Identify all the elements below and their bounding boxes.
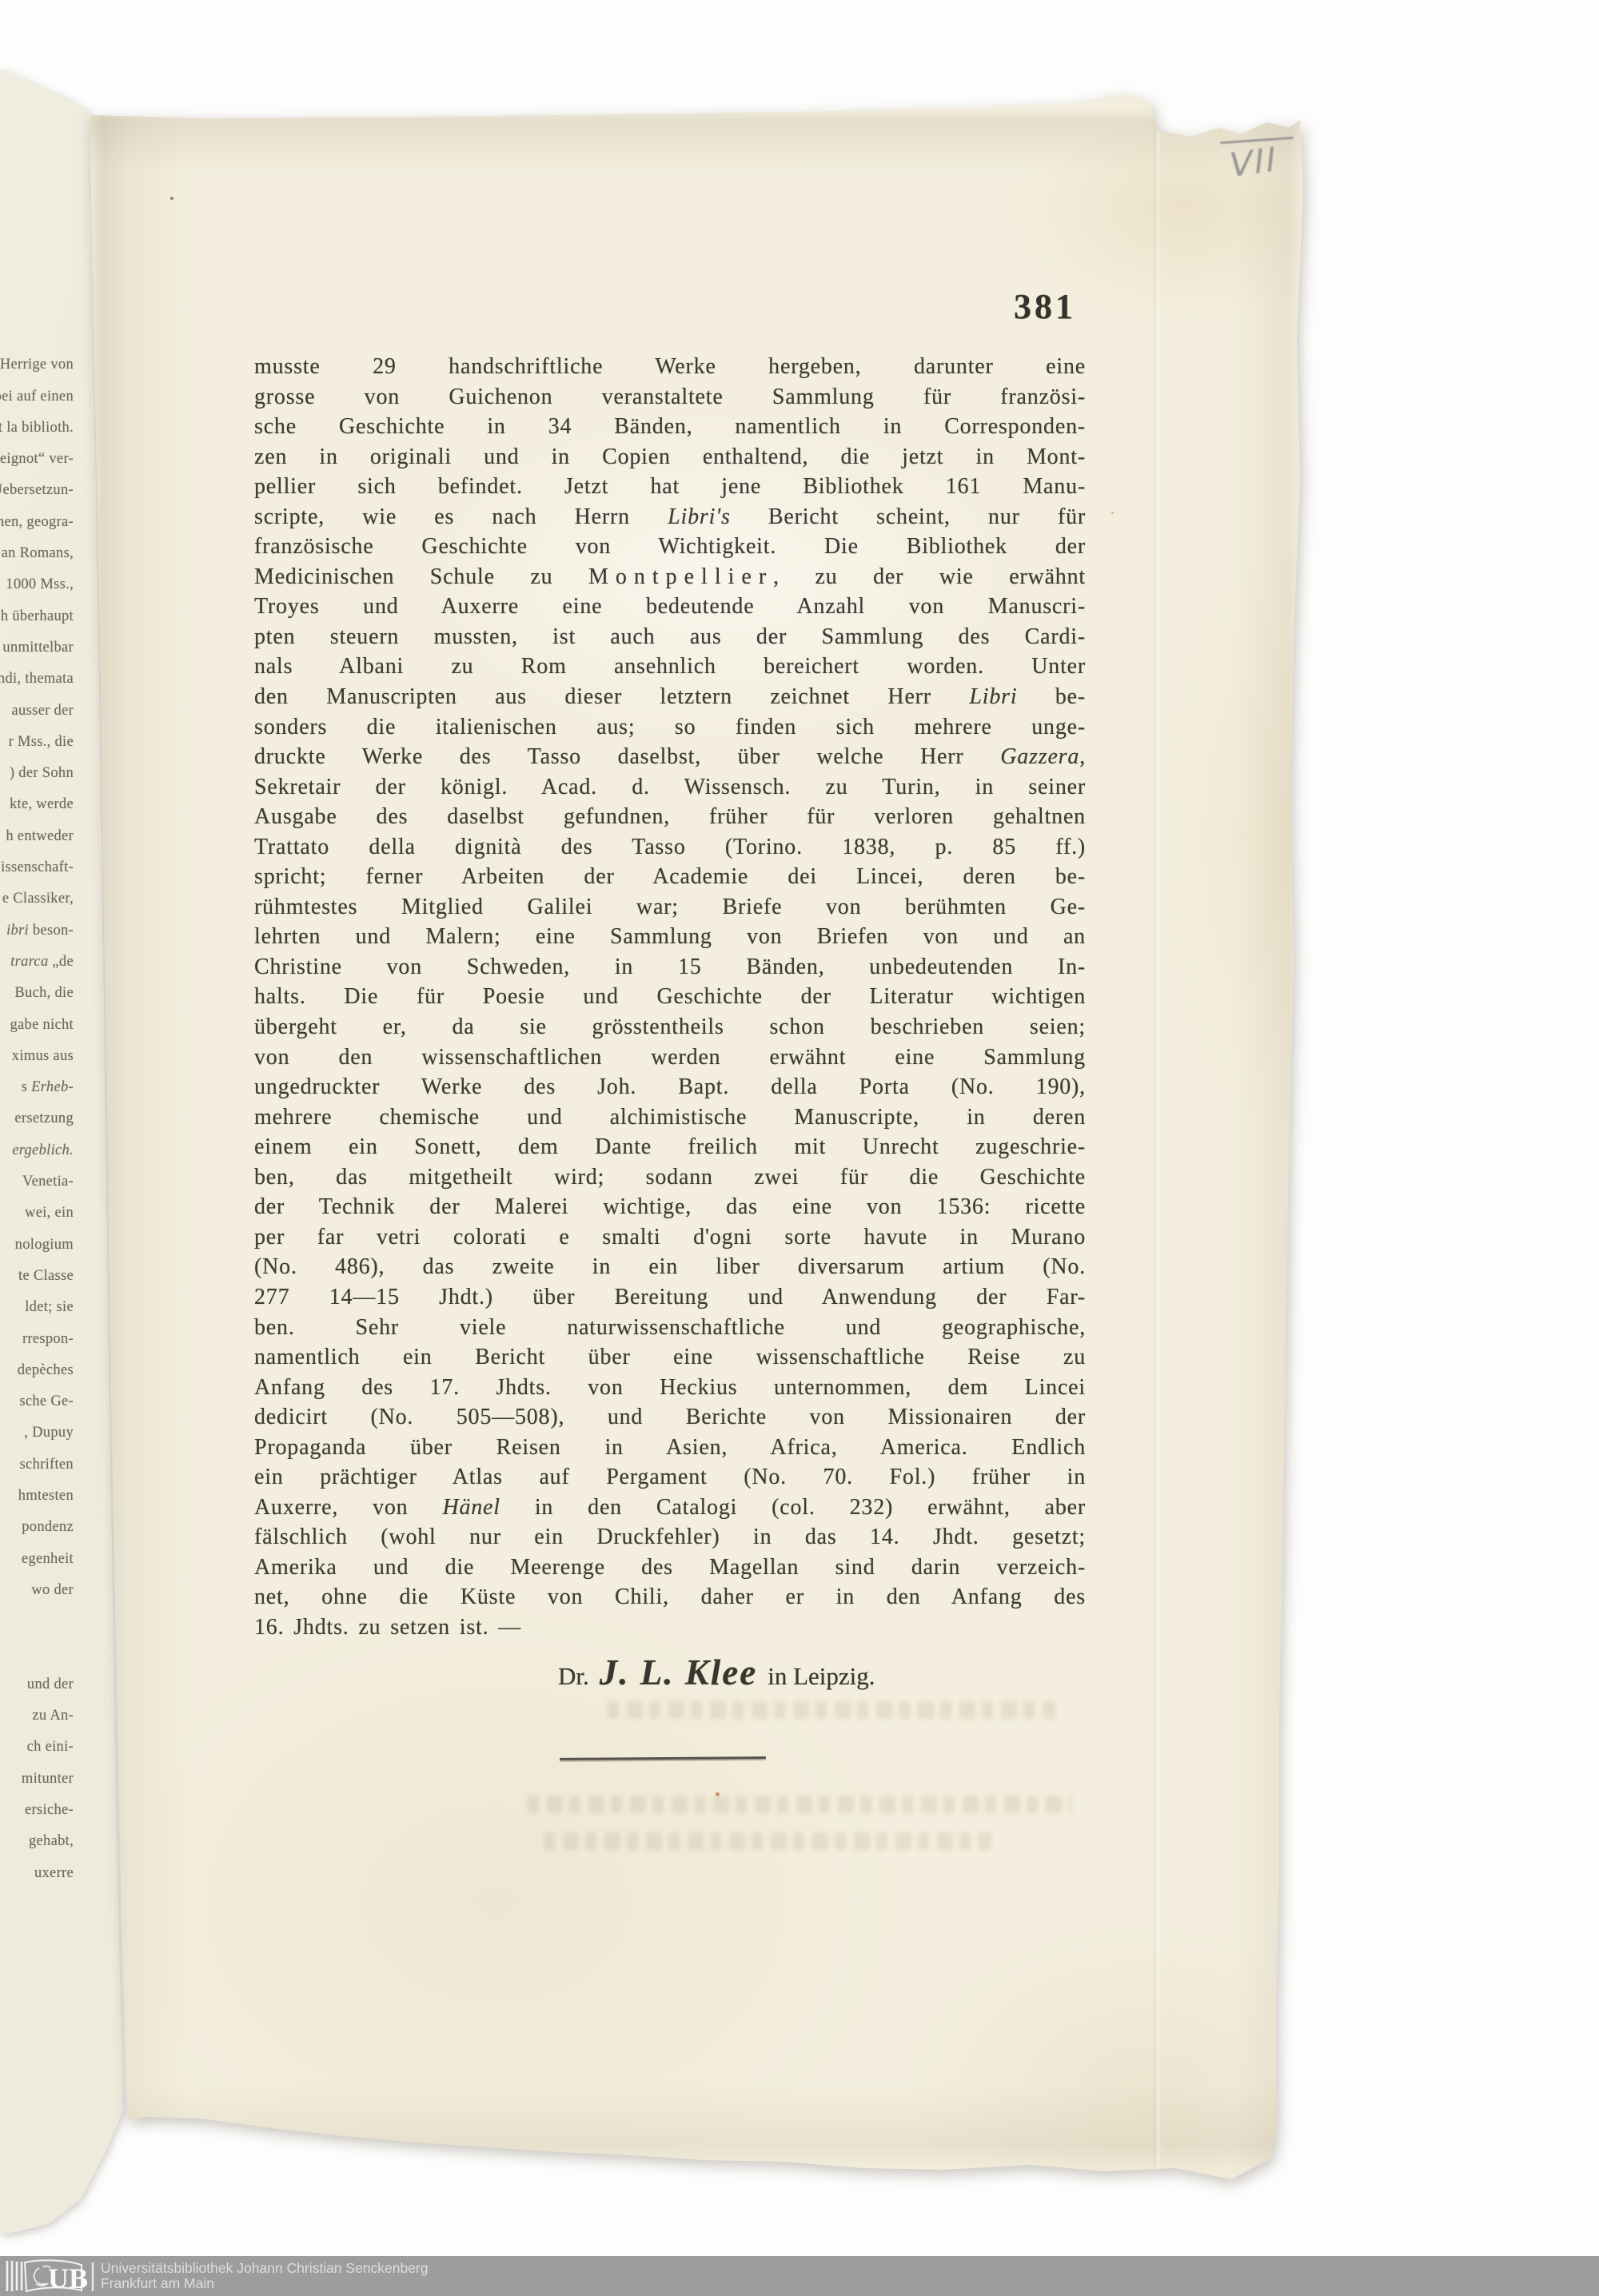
text-segment: Erheb-	[31, 1079, 74, 1095]
margin-fragment-row: pondenz	[0, 1511, 74, 1542]
text-line: ein prächtiger Atlas auf Pergament (No. …	[254, 1462, 1086, 1493]
text-segment: issenschaft-	[1, 859, 74, 875]
margin-fragment-row: Herrige von	[0, 349, 74, 380]
margin-fragment-text: ersetzung	[14, 1110, 74, 1127]
text-segment: Uebersetzun-	[0, 482, 74, 498]
text-line: Sekretair der königl. Acad. d. Wissensch…	[254, 772, 1086, 803]
margin-fragment-row: Uebersetzun-	[0, 474, 74, 505]
text-line: spricht; ferner Arbeiten der Academie de…	[254, 862, 1086, 892]
margin-fragment-text: gehabt,	[29, 1833, 74, 1850]
ink-bleedthrough	[528, 1796, 1071, 1813]
margin-fragment-row: wei, ein	[0, 1197, 74, 1228]
margin-fragment-row: e Classiker,	[0, 883, 74, 914]
margin-fragment-row: ndi, themata	[0, 663, 74, 694]
margin-fragment-text: depèches	[18, 1362, 74, 1379]
text-line: französische Geschichte von Wichtigkeit.…	[254, 532, 1086, 562]
margin-fragment-row: hmtesten	[0, 1480, 74, 1511]
text-line: Ausgabe des daselbst gefundnen, früher f…	[254, 802, 1086, 832]
text-segment: 16. Jhdts. zu setzen ist. —	[254, 1615, 521, 1640]
margin-fragment-text: ausser der	[12, 703, 74, 719]
text-line: einem ein Sonett, dem Dante freilich mit…	[254, 1132, 1086, 1162]
text-segment: te Classe	[18, 1268, 74, 1284]
margin-fragment-text: Peignot“ ver-	[0, 451, 74, 468]
text-segment: egenheit	[22, 1551, 74, 1567]
text-segment: ndi, themata	[0, 671, 74, 687]
library-name: Universitätsbibliothek Johann Christian …	[101, 2261, 429, 2276]
page-number: 381	[1014, 286, 1076, 327]
text-segment: (No. 486), das zweite in ein liber diver…	[254, 1254, 1086, 1279]
text-segment: ben, das mitgetheilt wird; sodann zwei f…	[254, 1165, 1086, 1190]
margin-fragment-row: ) der Sohn	[0, 757, 74, 788]
text-line: 16. Jhdts. zu setzen ist. —	[254, 1612, 1086, 1643]
text-segment: pondenz	[22, 1519, 74, 1535]
text-segment: ximus aus	[12, 1048, 74, 1064]
margin-fragment-text: ) der Sohn	[10, 765, 74, 782]
margin-fragment-row: ch eini-	[0, 1731, 74, 1762]
text-line: nals Albani zu Rom ansehnlich bereichert…	[254, 652, 1086, 682]
text-line: Anfang des 17. Jhdts. von Heckius untern…	[254, 1373, 1086, 1403]
margin-fragment-text: issenschaft-	[1, 859, 74, 876]
margin-fragment-row: te Classe	[0, 1260, 74, 1291]
text-segment: nologium	[15, 1237, 74, 1253]
text-line: ben. Sehr viele naturwissenschaftliche u…	[254, 1313, 1086, 1343]
text-segment: e Classiker,	[2, 891, 74, 907]
body-text: musste 29 handschriftliche Werke hergebe…	[254, 352, 1086, 1643]
margin-fragment-row: gehabt,	[0, 1825, 74, 1856]
text-segment: beson-	[29, 923, 74, 939]
margin-fragment-row: schriften	[0, 1448, 74, 1479]
margin-fragment-text: ndi, themata	[0, 671, 74, 688]
text-segment: Trattato della dignità des Tasso (Torino…	[254, 835, 1086, 859]
paper-speck	[170, 197, 173, 200]
margin-fragment-text: ldet; sie	[25, 1299, 74, 1316]
text-line: ungedruckter Werke des Joh. Bapt. della …	[254, 1072, 1086, 1102]
text-segment: r Mss., die	[9, 734, 74, 750]
margin-fragment-row: ldet; sie	[0, 1291, 74, 1322]
pencil-annotation: VII	[1217, 134, 1301, 195]
margin-fragment-text: e Classiker,	[2, 891, 74, 907]
text-segment: Propaganda über Reisen in Asien, Africa,…	[254, 1435, 1086, 1460]
text-segment: Hänel	[442, 1495, 500, 1520]
text-segment: Peignot“ ver-	[0, 451, 74, 467]
text-segment: mitunter	[22, 1771, 74, 1787]
margin-fragment-row: zu An-	[0, 1700, 74, 1731]
margin-fragment-text: rrespon-	[22, 1331, 74, 1348]
text-segment: zen in originali und in Copien enthalten…	[254, 444, 1086, 469]
margin-fragment-text: gabe nicht	[10, 1017, 74, 1034]
text-segment: Troyes und Auxerre eine bedeutende Anzah…	[254, 594, 1086, 619]
text-segment: nals Albani zu Rom ansehnlich bereichert…	[254, 654, 1086, 679]
text-segment: fälschlich (wohl nur ein Druckfehler) in…	[254, 1525, 1086, 1549]
margin-fragment-text: ibri beson-	[6, 923, 74, 939]
text-segment: pten steuern mussten, ist auch aus der S…	[254, 624, 1086, 649]
text-line: druckte Werke des Tasso daselbst, über w…	[254, 742, 1086, 772]
text-segment: be-	[1017, 684, 1086, 709]
text-segment: unmittelbar	[2, 640, 74, 656]
margin-fragment-row: nologium	[0, 1228, 74, 1259]
margin-fragment-row: gabe nicht	[0, 1008, 74, 1039]
text-segment: Herrige von	[0, 357, 74, 373]
margin-fragment-text: Buch, die	[14, 985, 74, 1002]
margin-fragment-text: zu An-	[32, 1708, 74, 1724]
margin-fragment-row: mitunter	[0, 1762, 74, 1793]
text-line: den Manuscripten aus dieser letztern zei…	[254, 682, 1086, 712]
margin-fragment-row: bei auf einen	[0, 380, 74, 411]
margin-fragment-row: Buch, die	[0, 977, 74, 1008]
text-segment: , Dupuy	[24, 1425, 74, 1441]
margin-fragment-text: te Classe	[18, 1268, 74, 1285]
paper-speck	[1111, 512, 1114, 514]
text-segment: Libri's	[668, 504, 731, 529]
text-segment: gehabt,	[29, 1833, 74, 1849]
ink-bleedthrough	[608, 1701, 1055, 1719]
margin-fragment-row: kte, werde	[0, 788, 74, 819]
library-name-block: Universitätsbibliothek Johann Christian …	[101, 2261, 429, 2291]
text-line: Trattato della dignità des Tasso (Torino…	[254, 832, 1086, 863]
text-segment: sche Ge-	[19, 1393, 74, 1409]
text-segment: sche Geschichte in 34 Bänden, namentlich…	[254, 414, 1086, 439]
text-segment: h überhaupt	[1, 608, 74, 624]
margin-fragment-row: ibri beson-	[0, 914, 74, 945]
margin-fragment-row: egenheit	[0, 1542, 74, 1573]
margin-fragment-text: Herrige von	[0, 357, 74, 373]
margin-fragment-text: wo der	[31, 1582, 74, 1599]
text-segment: druckte Werke des Tasso daselbst, über w…	[254, 744, 1000, 769]
text-segment: Sekretair der königl. Acad. d. Wissensch…	[254, 775, 1086, 799]
text-segment: der Technik der Malerei wichtige, das ei…	[254, 1194, 1086, 1219]
text-segment: Anfang des 17. Jhdts. von Heckius untern…	[254, 1375, 1086, 1400]
text-segment: wei, ein	[25, 1205, 74, 1221]
text-segment: , zu der wie erwähnt	[773, 564, 1086, 589]
margin-fragment-row: h überhaupt	[0, 600, 74, 631]
text-segment: pellier sich befindet. Jetzt hat jene Bi…	[254, 474, 1086, 499]
text-segment: 1000 Mss.,	[6, 576, 74, 592]
text-segment: depèches	[18, 1362, 74, 1378]
text-segment: halts. Die für Poesie und Geschichte der…	[254, 984, 1086, 1009]
text-segment: uxerre	[34, 1865, 74, 1881]
text-segment: an Romans,	[2, 545, 74, 561]
text-segment: ldet; sie	[25, 1299, 74, 1315]
text-segment: ben. Sehr viele naturwissenschaftliche u…	[254, 1315, 1086, 1340]
text-line: rühmtestes Mitglied Galilei war; Briefe …	[254, 892, 1086, 923]
margin-fragment-text: hmtesten	[18, 1488, 74, 1505]
book-spines-icon	[7, 2261, 22, 2291]
signature-name: J. L. Klee	[600, 1652, 757, 1693]
margin-fragment-row: trarca „de	[0, 946, 74, 977]
margin-fragment-row: und der	[0, 1668, 74, 1699]
text-segment: scripte, wie es nach Herrn	[254, 504, 668, 529]
text-line: der Technik der Malerei wichtige, das ei…	[254, 1192, 1086, 1222]
margin-fragment-row	[0, 1605, 74, 1636]
margin-fragment-text: ergeblich.	[12, 1142, 74, 1159]
margin-fragment-text: pondenz	[22, 1519, 74, 1536]
text-segment: musste 29 handschriftliche Werke hergebe…	[254, 354, 1086, 379]
text-segment: den Manuscripten aus dieser letztern zei…	[254, 684, 969, 709]
margin-fragment-text: nt la biblioth.	[0, 420, 74, 436]
text-segment: Buch, die	[14, 985, 74, 1001]
text-segment: Medicinischen Schule zu	[254, 564, 588, 589]
text-segment: wo der	[31, 1582, 74, 1598]
text-line: Troyes und Auxerre eine bedeutende Anzah…	[254, 592, 1086, 622]
margin-fragment-row: nt la biblioth.	[0, 412, 74, 443]
text-line: scripte, wie es nach Herrn Libri's Beric…	[254, 502, 1086, 532]
text-segment: ibri	[6, 923, 29, 939]
margin-fragment-text: Uebersetzun-	[0, 482, 74, 499]
text-segment: Venetia-	[22, 1174, 74, 1190]
text-segment: Gazzera	[1000, 744, 1079, 769]
text-segment: einem ein Sonett, dem Dante freilich mit…	[254, 1134, 1086, 1159]
text-line: mehrere chemische und alchimistische Man…	[254, 1102, 1086, 1133]
margin-fragment-text: ximus aus	[12, 1048, 74, 1065]
text-segment: rrespon-	[22, 1331, 74, 1347]
signature-place: in Leipzig.	[768, 1662, 875, 1691]
text-segment: trarca	[10, 954, 48, 970]
text-segment: übergeht er, da sie grösstentheils schon…	[254, 1014, 1086, 1039]
text-line: pten steuern mussten, ist auch aus der S…	[254, 622, 1086, 652]
margin-fragment-text: Venetia-	[22, 1174, 74, 1190]
margin-fragment-row: Peignot“ ver-	[0, 443, 74, 474]
text-segment: Christine von Schweden, in 15 Bänden, un…	[254, 955, 1086, 979]
text-segment: namentlich ein Bericht über eine wissens…	[254, 1345, 1086, 1369]
text-segment: bei auf einen	[0, 389, 74, 405]
text-line: (No. 486), das zweite in ein liber diver…	[254, 1252, 1086, 1282]
margin-fragment-row: Venetia-	[0, 1166, 74, 1197]
logo-ub-text: UB	[48, 2262, 88, 2294]
margin-fragment-row: sche Ge-	[0, 1385, 74, 1417]
text-segment: nt la biblioth.	[0, 420, 74, 436]
margin-fragment-text: bei auf einen	[0, 389, 74, 405]
text-line: namentlich ein Bericht über eine wissens…	[254, 1342, 1086, 1373]
margin-fragment-row: ersiche-	[0, 1794, 74, 1825]
library-footer-bar: UB Universitätsbibliothek Johann Christi…	[0, 2256, 1599, 2296]
text-segment: ersiche-	[25, 1802, 74, 1818]
margin-fragment-row: wo der	[0, 1574, 74, 1605]
margin-fragment-text: 1000 Mss.,	[6, 576, 74, 593]
margin-fragment-text: s Erheb-	[22, 1079, 74, 1096]
text-line: dedicirt (No. 505—508), und Berichte von…	[254, 1402, 1086, 1433]
text-segment: ersetzung	[14, 1110, 74, 1126]
margin-fragment-row: r Mss., die	[0, 726, 74, 757]
text-line: Amerika und die Meerenge des Magellan si…	[254, 1553, 1086, 1583]
text-segment: per far vetri colorati e smalti d'ogni s…	[254, 1225, 1086, 1250]
margin-fragment-row	[0, 1636, 74, 1668]
text-segment: ungedruckter Werke des Joh. Bapt. della …	[254, 1074, 1086, 1099]
text-segment: spricht; ferner Arbeiten der Academie de…	[254, 864, 1086, 889]
margin-fragment-row: ausser der	[0, 694, 74, 725]
margin-fragment-row: h entweder	[0, 819, 74, 851]
text-segment: kte, werde	[10, 796, 74, 812]
margin-fragment-row: s Erheb-	[0, 1071, 74, 1102]
margin-fragment-text: mitunter	[22, 1771, 74, 1788]
ink-bleedthrough	[544, 1832, 991, 1850]
margin-fragment-row: ergeblich.	[0, 1134, 74, 1165]
margin-fragment-row: an Romans,	[0, 537, 74, 568]
text-segment: Ausgabe des daselbst gefundnen, früher f…	[254, 804, 1086, 829]
margin-fragment-text: und der	[27, 1676, 74, 1693]
text-segment: schriften	[20, 1457, 74, 1473]
margin-fragment-text: chen, geogra-	[0, 514, 74, 531]
text-segment: ch eini-	[27, 1739, 74, 1755]
margin-fragment-row: 1000 Mss.,	[0, 568, 74, 600]
text-line: von den wissenschaftlichen werden erwähn…	[254, 1042, 1086, 1073]
margin-fragment-text: trarca „de	[10, 954, 74, 971]
text-segment: grosse von Guichenon veranstaltete Samml…	[254, 385, 1086, 409]
margin-fragment-text: uxerre	[34, 1865, 74, 1882]
margin-fragment-text: nologium	[15, 1237, 74, 1254]
text-line: sonders die italienischen aus; so finden…	[254, 712, 1086, 743]
text-segment: Montpellier	[588, 564, 773, 589]
text-segment: ein prächtiger Atlas auf Pergament (No. …	[254, 1465, 1086, 1489]
text-segment: ausser der	[12, 703, 74, 719]
margin-fragment-row: ersetzung	[0, 1102, 74, 1134]
margin-fragment-text: egenheit	[22, 1551, 74, 1568]
text-line: grosse von Guichenon veranstaltete Samml…	[254, 382, 1086, 413]
text-line: per far vetri colorati e smalti d'ogni s…	[254, 1222, 1086, 1253]
signature-prefix: Dr.	[558, 1662, 589, 1691]
text-segment: chen, geogra-	[0, 514, 74, 530]
text-segment: Libri	[969, 684, 1017, 709]
scanned-book-page: VII 381 musste 29 handschriftliche Werke…	[0, 0, 1599, 2296]
margin-fragment-text: an Romans,	[2, 545, 74, 562]
text-line: sche Geschichte in 34 Bänden, namentlich…	[254, 412, 1086, 442]
text-segment: mehrere chemische und alchimistische Man…	[254, 1105, 1086, 1130]
margin-fragment-row: depèches	[0, 1354, 74, 1385]
margin-fragment-text: ch eini-	[27, 1739, 74, 1756]
text-segment: s	[22, 1079, 31, 1095]
margin-fragment-text: , Dupuy	[24, 1425, 74, 1441]
margin-fragment-text: h überhaupt	[1, 608, 74, 625]
margin-fragment-text: ersiche-	[25, 1802, 74, 1819]
text-segment: Amerika und die Meerenge des Magellan si…	[254, 1555, 1086, 1580]
margin-fragment-row: ximus aus	[0, 1040, 74, 1071]
text-segment: h entweder	[6, 828, 74, 844]
margin-fragment-text: wei, ein	[25, 1205, 74, 1222]
text-segment: „de	[49, 954, 74, 970]
text-line: zen in originali und in Copien enthalten…	[254, 442, 1086, 472]
text-line: net, ohne die Küste von Chili, daher er …	[254, 1582, 1086, 1612]
margin-fragment-row: , Dupuy	[0, 1417, 74, 1448]
margin-fragment-row: chen, geogra-	[0, 505, 74, 536]
text-segment: Auxerre, von	[254, 1495, 442, 1520]
text-segment: hmtesten	[18, 1488, 74, 1504]
text-line: Auxerre, von Hänel in den Catalogi (col.…	[254, 1493, 1086, 1523]
margin-fragment-text: unmittelbar	[2, 640, 74, 656]
text-line: musste 29 handschriftliche Werke hergebe…	[254, 352, 1086, 382]
text-line: pellier sich befindet. Jetzt hat jene Bi…	[254, 472, 1086, 502]
text-line: 277 14—15 Jhdt.) über Bereitung und Anwe…	[254, 1282, 1086, 1313]
margin-fragment-text: h entweder	[6, 828, 74, 845]
text-segment: sonders die italienischen aus; so finden…	[254, 715, 1086, 739]
margin-fragment-text: sche Ge-	[19, 1393, 74, 1410]
text-line: Medicinischen Schule zu Montpellier, zu …	[254, 562, 1086, 592]
text-segment: gabe nicht	[10, 1017, 74, 1033]
text-segment: lehrten und Malern; eine Sammlung von Br…	[254, 924, 1086, 949]
margin-fragment-text: kte, werde	[10, 796, 74, 813]
margin-fragment-row: issenschaft-	[0, 851, 74, 883]
text-line: übergeht er, da sie grösstentheils schon…	[254, 1012, 1086, 1042]
text-line: Christine von Schweden, in 15 Bänden, un…	[254, 952, 1086, 983]
text-segment: ) der Sohn	[10, 765, 74, 781]
text-line: Propaganda über Reisen in Asien, Africa,…	[254, 1433, 1086, 1463]
text-line: lehrten und Malern; eine Sammlung von Br…	[254, 922, 1086, 952]
text-segment: ,	[1079, 744, 1086, 769]
text-line: halts. Die für Poesie und Geschichte der…	[254, 982, 1086, 1012]
text-segment: net, ohne die Küste von Chili, daher er …	[254, 1584, 1086, 1609]
previous-page-text-fragments: Herrige vonbei auf einennt la biblioth.P…	[0, 349, 74, 1888]
text-segment: Bericht scheint, nur für	[731, 504, 1086, 529]
text-segment: und der	[27, 1676, 74, 1692]
margin-fragment-text: schriften	[20, 1457, 74, 1473]
text-segment: zu An-	[32, 1708, 74, 1724]
text-segment: 277 14—15 Jhdt.) über Bereitung und Anwe…	[254, 1285, 1086, 1309]
pencil-numeral: VII	[1227, 139, 1279, 185]
text-line: ben, das mitgetheilt wird; sodann zwei f…	[254, 1162, 1086, 1193]
author-signature: Dr. J. L. Klee in Leipzig.	[558, 1652, 875, 1693]
margin-fragment-row: unmittelbar	[0, 632, 74, 663]
text-line: fälschlich (wohl nur ein Druckfehler) in…	[254, 1522, 1086, 1553]
text-segment: französische Geschichte von Wichtigkeit.…	[254, 534, 1086, 559]
text-segment: dedicirt (No. 505—508), und Berichte von…	[254, 1405, 1086, 1429]
library-city: Frankfurt am Main	[101, 2276, 429, 2291]
margin-fragment-text: r Mss., die	[9, 734, 74, 751]
text-segment: ergeblich.	[12, 1142, 74, 1158]
text-segment: rühmtestes Mitglied Galilei war; Briefe …	[254, 895, 1086, 919]
text-segment: von den wissenschaftlichen werden erwähn…	[254, 1045, 1086, 1070]
margin-fragment-row: rrespon-	[0, 1322, 74, 1353]
text-segment: in den Catalogi (col. 232) erwähnt, aber	[500, 1495, 1086, 1520]
margin-fragment-row: uxerre	[0, 1856, 74, 1887]
